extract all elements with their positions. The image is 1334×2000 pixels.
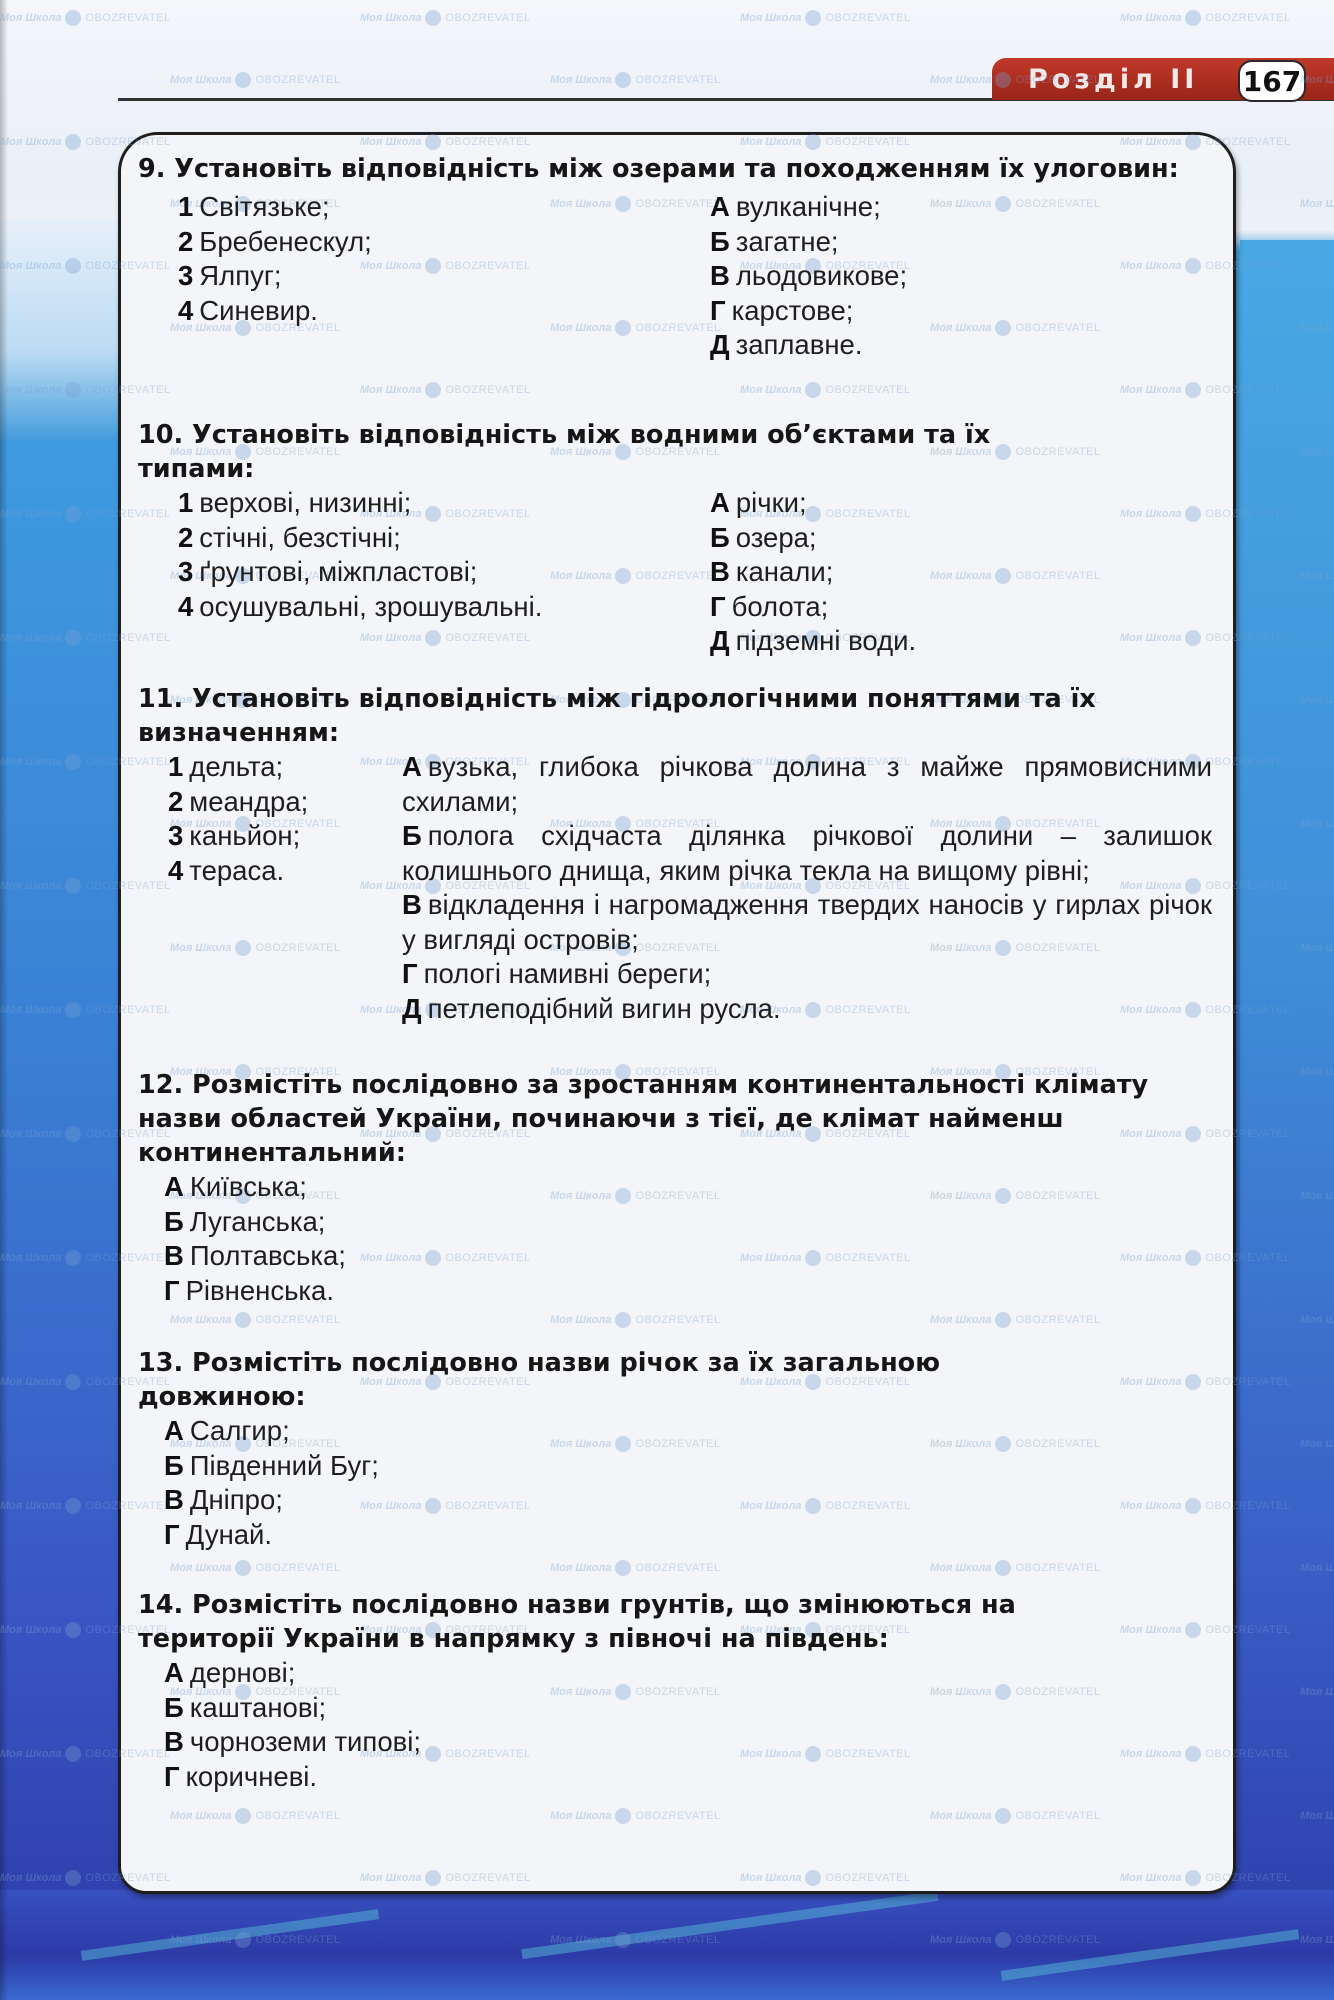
- list-item: 2меандра;: [168, 785, 308, 820]
- list-item: 1верхові, низинні;: [178, 486, 542, 521]
- list-item: Вльодовикове;: [710, 259, 907, 294]
- list-item: Гболота;: [710, 590, 916, 625]
- list-item: Дпідземні води.: [710, 624, 916, 659]
- background-right-water: [1240, 240, 1334, 2000]
- list-item: Бзагатне;: [710, 225, 907, 260]
- background-left-water: [0, 440, 130, 2000]
- definitions-list: Авузька, глибока річкова долина з майже …: [402, 750, 1212, 1026]
- page-number: 167: [1238, 60, 1306, 102]
- list-item: ВПолтавська;: [164, 1239, 1228, 1274]
- list-item: Адернові;: [164, 1656, 1228, 1691]
- soils-list: Адернові; Бкаштанові; Вчорноземи типові;…: [164, 1656, 1228, 1794]
- question-10: 10. Установіть відповідність між водними…: [138, 418, 1228, 666]
- question-13: 13. Розмістіть послідовно назви річок за…: [138, 1346, 1228, 1552]
- list-item: Авулканічне;: [710, 190, 907, 225]
- origins-list: Авулканічне; Бзагатне; Вльодовикове; Гка…: [710, 190, 907, 363]
- list-item: 2стічні, безстічні;: [178, 521, 542, 556]
- list-item: Бполога східчаста ділянка річкової долин…: [402, 819, 1212, 888]
- list-item: АКиївська;: [164, 1170, 1228, 1205]
- rivers-list: АСалгир; БПівденний Буг; ВДніпро; ГДунай…: [164, 1414, 1228, 1552]
- book-spine-shadow: [0, 0, 8, 2000]
- question-11: 11. Установіть відповідність між гідроло…: [138, 682, 1228, 1050]
- section-label: Розділ II: [1028, 64, 1198, 95]
- list-item: Бкаштанові;: [164, 1691, 1228, 1726]
- list-item: Бозера;: [710, 521, 916, 556]
- list-item: 3ґрунтові, міжпластові;: [178, 555, 542, 590]
- background-bottom-water: [0, 1890, 1334, 2000]
- question-title: 11. Установіть відповідність між гідроло…: [138, 682, 1228, 750]
- list-item: Гпологі намивні береги;: [402, 957, 1212, 992]
- background-left-fade: [0, 220, 130, 440]
- question-title: 12. Розмістіть послідовно за зростанням …: [138, 1068, 1178, 1170]
- question-title: 13. Розмістіть послідовно назви річок за…: [138, 1346, 1098, 1414]
- question-12: 12. Розмістіть послідовно за зростанням …: [138, 1068, 1228, 1308]
- list-item: 1Світязьке;: [178, 190, 372, 225]
- question-title: 10. Установіть відповідність між водними…: [138, 418, 1098, 486]
- list-item: Дзаплавне.: [710, 328, 907, 363]
- list-item: Арічки;: [710, 486, 916, 521]
- question-title: 14. Розмістіть послідовно назви грунтів,…: [138, 1588, 1138, 1656]
- water-objects-list: Арічки; Бозера; Вканали; Гболота; Дпідзе…: [710, 486, 916, 659]
- list-item: ГДунай.: [164, 1518, 1228, 1553]
- lakes-list: 1Світязьке; 2Бребенескул; 3Ялпуг; 4Синев…: [178, 190, 372, 328]
- question-9: 9. Установіть відповідність між озерами …: [138, 152, 1228, 370]
- regions-list: АКиївська; БЛуганська; ВПолтавська; ГРів…: [164, 1170, 1228, 1308]
- list-item: 4Синевир.: [178, 294, 372, 329]
- list-item: Авузька, глибока річкова долина з майже …: [402, 750, 1212, 819]
- list-item: 1дельта;: [168, 750, 308, 785]
- list-item: 4тераса.: [168, 854, 308, 889]
- list-item: Вканали;: [710, 555, 916, 590]
- list-item: 3каньйон;: [168, 819, 308, 854]
- water-types-list: 1верхові, низинні; 2стічні, безстічні; 3…: [178, 486, 542, 624]
- list-item: БПівденний Буг;: [164, 1449, 1228, 1484]
- list-item: Дпетлеподібний вигин русла.: [402, 992, 1212, 1027]
- list-item: Гкоричневі.: [164, 1760, 1228, 1795]
- terms-list: 1дельта; 2меандра; 3каньйон; 4тераса.: [168, 750, 308, 888]
- list-item: БЛуганська;: [164, 1205, 1228, 1240]
- list-item: 3Ялпуг;: [178, 259, 372, 294]
- question-title: 9. Установіть відповідність між озерами …: [138, 152, 1228, 186]
- list-item: Вчорноземи типові;: [164, 1725, 1228, 1760]
- list-item: Гкарстове;: [710, 294, 907, 329]
- list-item: АСалгир;: [164, 1414, 1228, 1449]
- list-item: Ввідкладення і нагромадження твердих нан…: [402, 888, 1212, 957]
- list-item: 2Бребенескул;: [178, 225, 372, 260]
- question-14: 14. Розмістіть послідовно назви грунтів,…: [138, 1588, 1228, 1794]
- list-item: ВДніпро;: [164, 1483, 1228, 1518]
- list-item: 4осушувальні, зрошувальні.: [178, 590, 542, 625]
- list-item: ГРівненська.: [164, 1274, 1228, 1309]
